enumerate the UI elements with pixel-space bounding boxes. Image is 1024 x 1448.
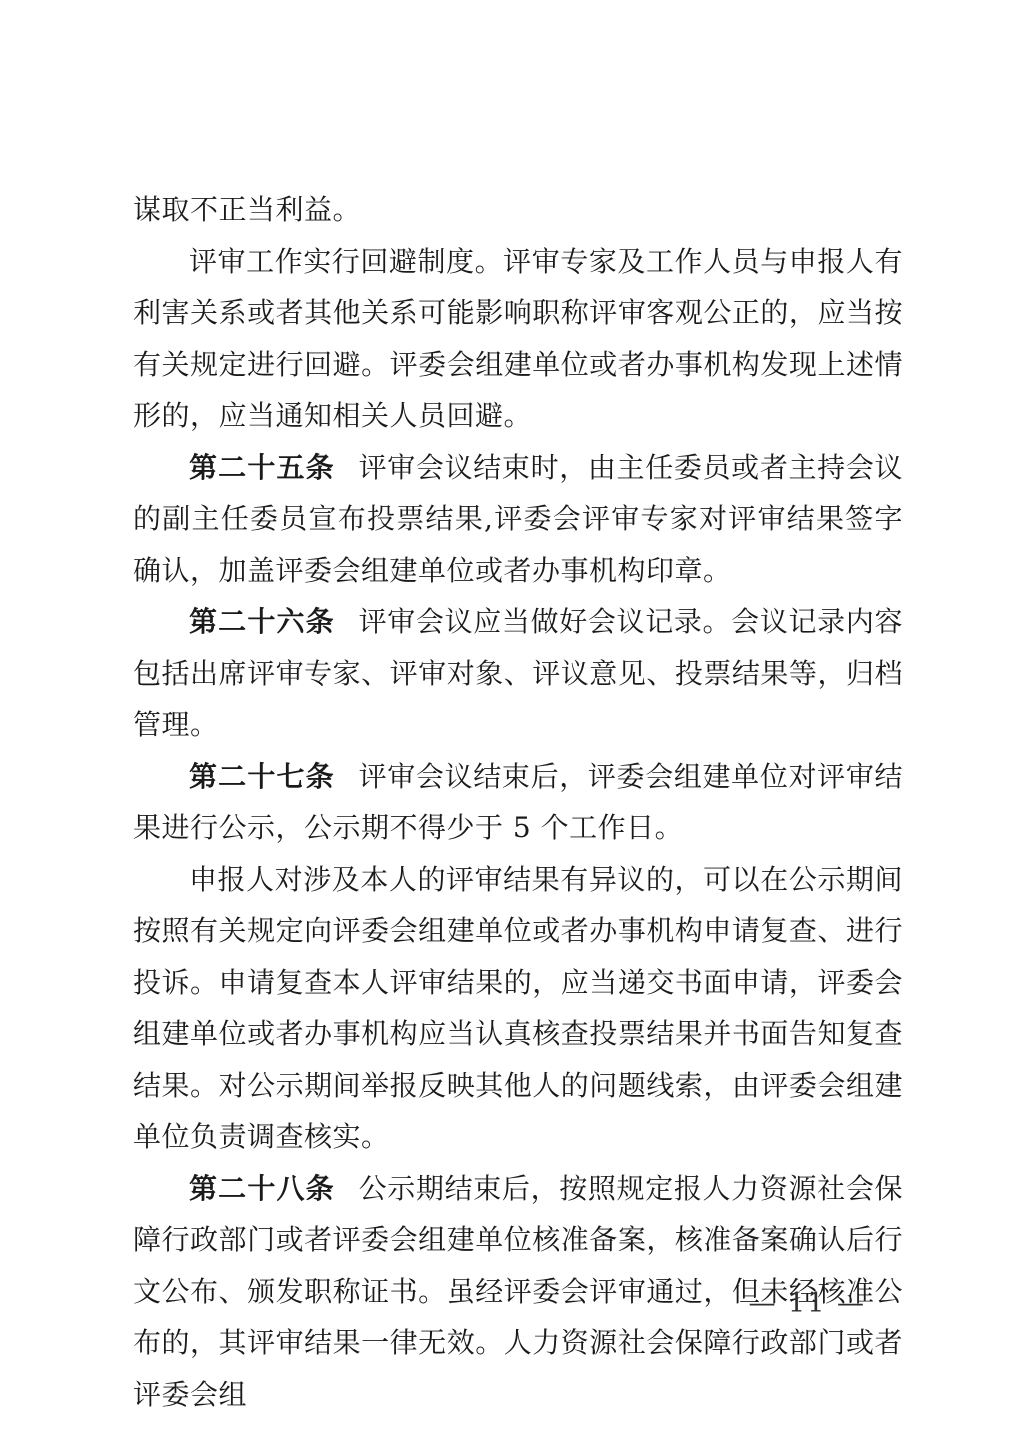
article-number: 第二十七条 bbox=[189, 760, 335, 793]
paragraph: 评审工作实行回避制度。评审专家及工作人员与申报人有利害关系或者其他关系可能影响职… bbox=[133, 236, 903, 442]
paragraph: 第二十七条评审会议结束后，评委会组建单位对评审结果进行公示，公示期不得少于 5 … bbox=[133, 751, 903, 854]
document-body: 谋取不正当利益。评审工作实行回避制度。评审专家及工作人员与申报人有利害关系或者其… bbox=[133, 184, 903, 1420]
paragraph: 第二十六条评审会议应当做好会议记录。会议记录内容包括出席评审专家、评审对象、评议… bbox=[133, 596, 903, 751]
article-number: 第二十五条 bbox=[189, 451, 335, 484]
page-number: — 11 — bbox=[748, 1288, 866, 1319]
paragraph: 谋取不正当利益。 bbox=[133, 184, 903, 236]
article-number: 第二十六条 bbox=[189, 605, 335, 638]
article-number: 第二十八条 bbox=[189, 1172, 335, 1205]
paragraph-text: 谋取不正当利益。 bbox=[133, 193, 361, 226]
paragraph-text: 评审工作实行回避制度。评审专家及工作人员与申报人有利害关系或者其他关系可能影响职… bbox=[133, 245, 903, 433]
paragraph: 第二十五条评审会议结束时，由主任委员或者主持会议的副主任委员宣布投票结果,评委会… bbox=[133, 442, 903, 597]
paragraph: 申报人对涉及本人的评审结果有异议的，可以在公示期间按照有关规定向评委会组建单位或… bbox=[133, 854, 903, 1163]
document-page: 谋取不正当利益。评审工作实行回避制度。评审专家及工作人员与申报人有利害关系或者其… bbox=[0, 0, 1024, 1448]
paragraph-text: 申报人对涉及本人的评审结果有异议的，可以在公示期间按照有关规定向评委会组建单位或… bbox=[133, 863, 903, 1154]
